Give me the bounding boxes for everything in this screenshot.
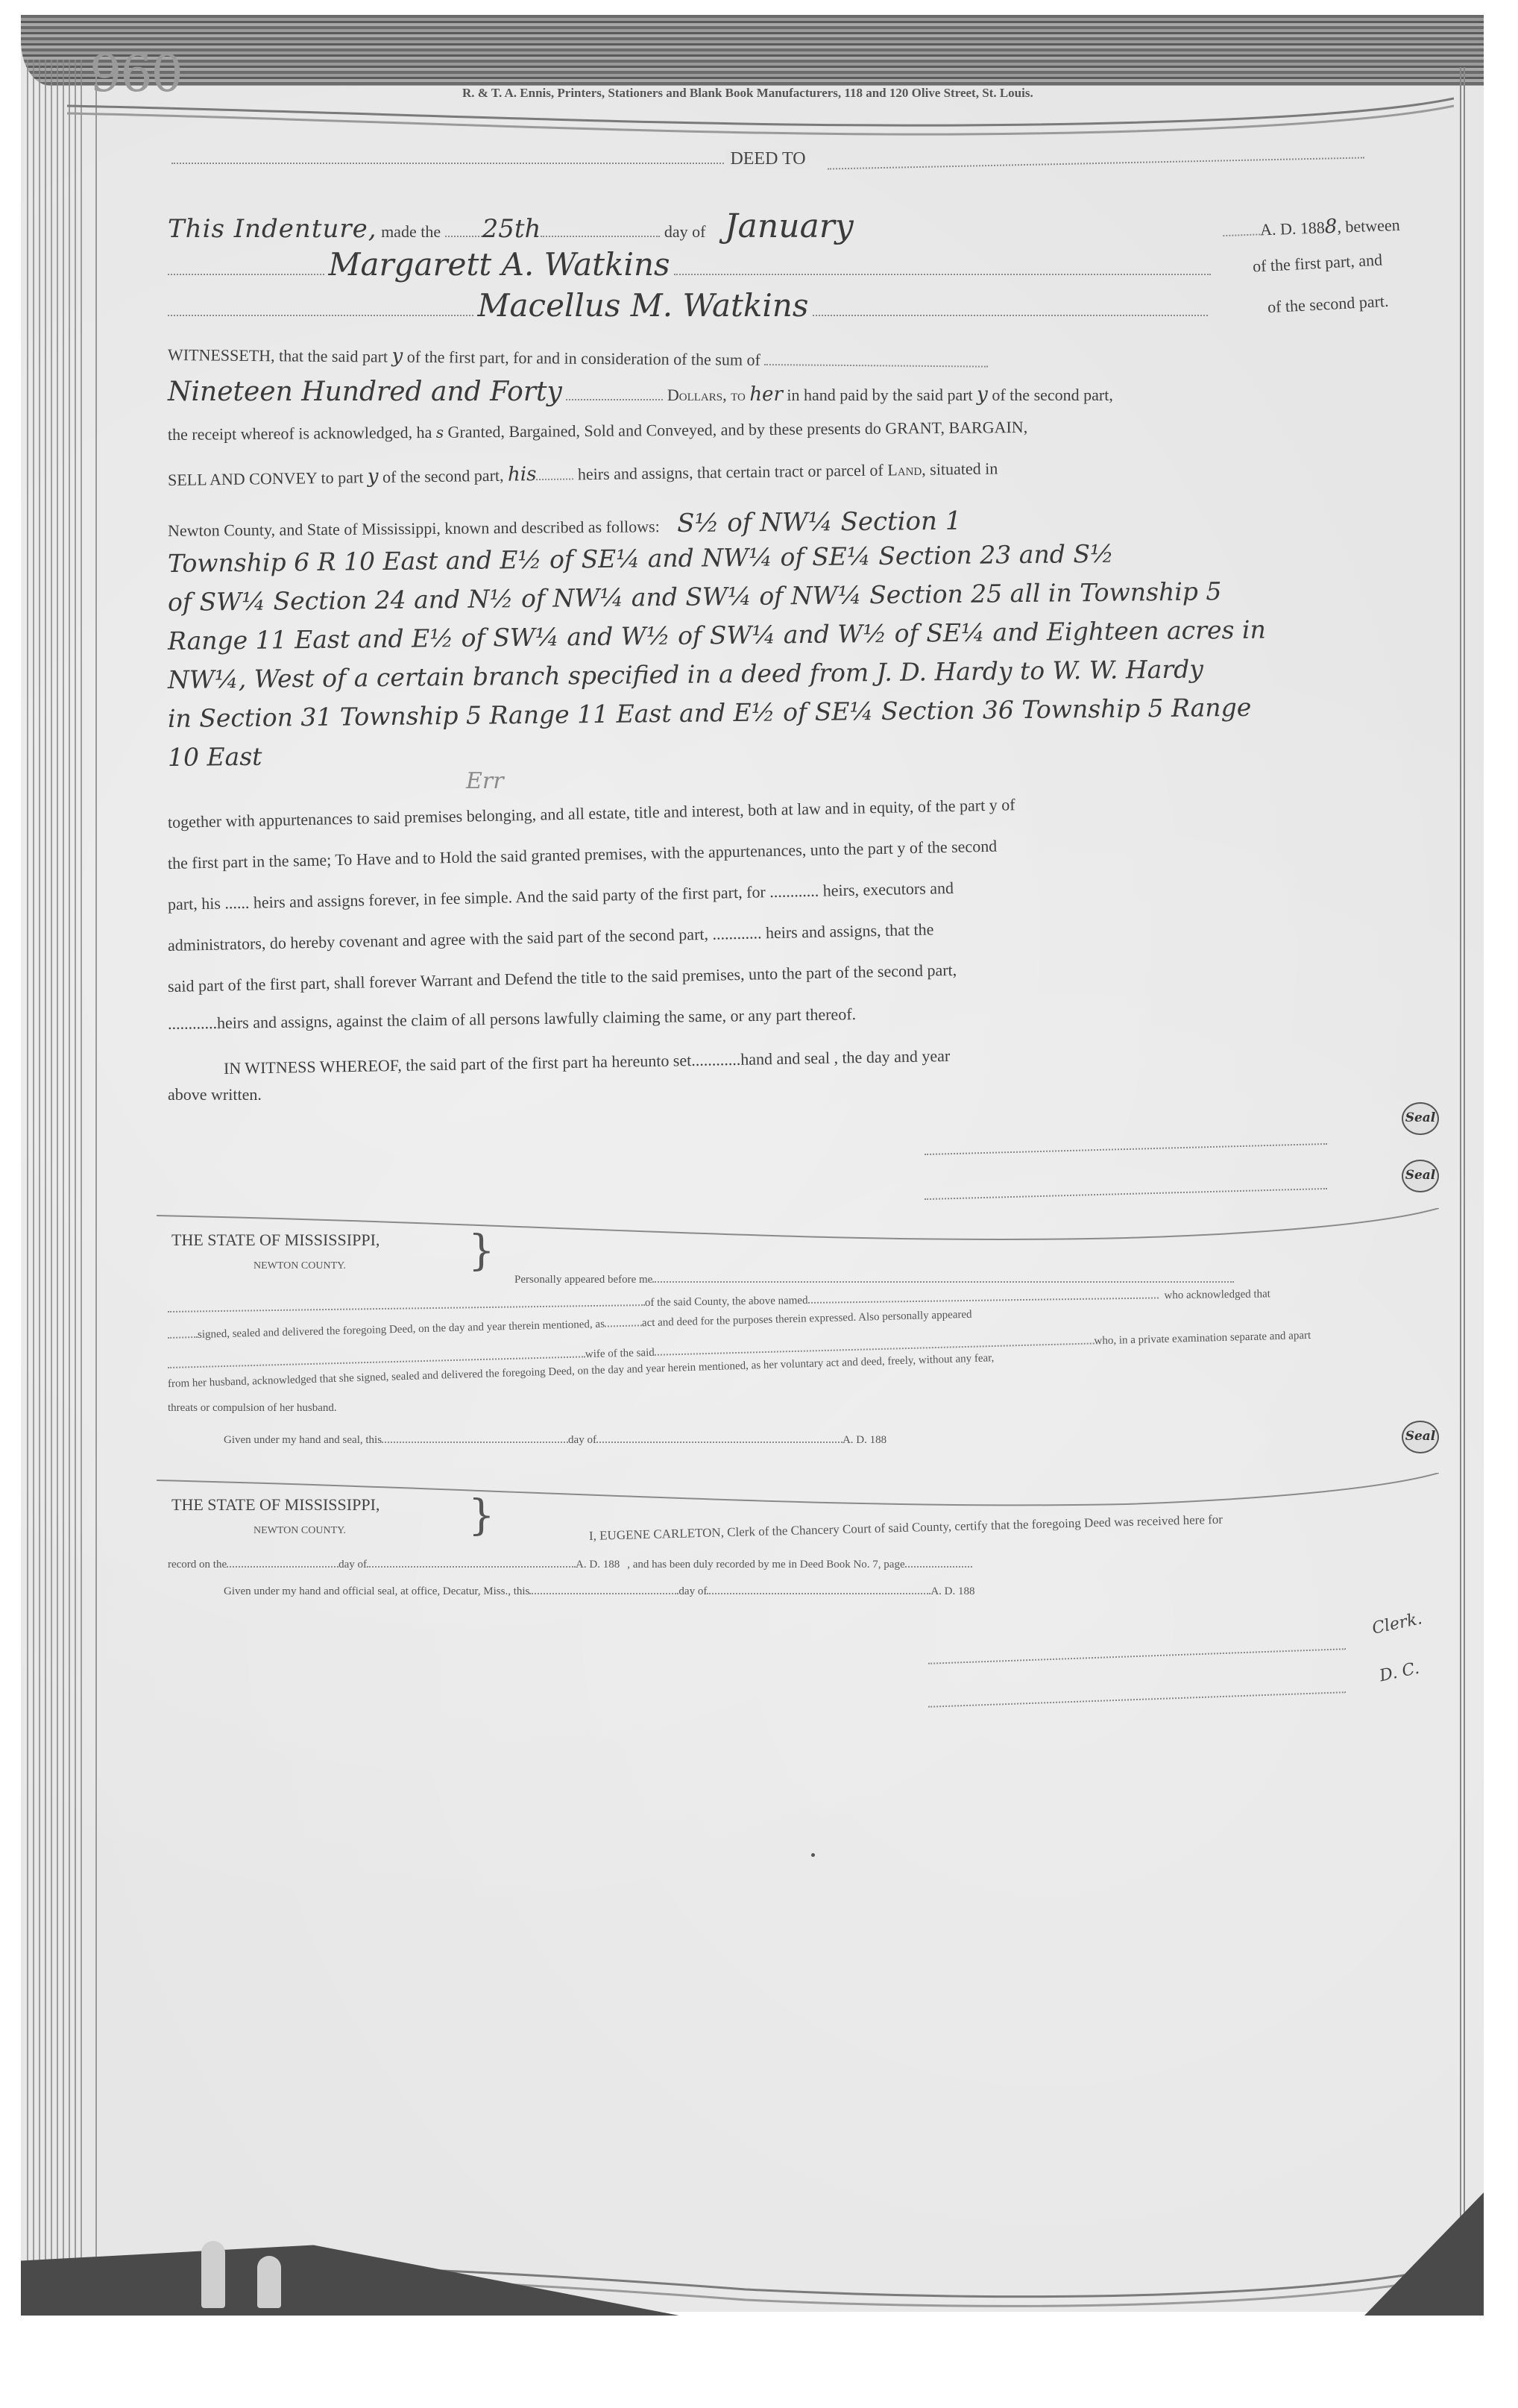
page-number: 960 <box>89 45 182 104</box>
his-value: his <box>508 463 537 486</box>
party-suffix: y <box>391 345 403 368</box>
his-blank <box>536 465 573 480</box>
first-party-name: Margarett A. Watkins <box>329 246 670 283</box>
cert-county: NEWTON COUNTY. <box>253 1525 346 1537</box>
heirs-text: heirs and assigns, that certain tract or… <box>578 461 884 484</box>
brace: } <box>468 1495 495 1537</box>
ack-line: threats or compulsion of her husband. <box>168 1402 337 1415</box>
ack-state: THE STATE OF MISSISSIPPI, <box>171 1230 379 1250</box>
finger-tip <box>257 2256 281 2308</box>
has-suffix: s <box>436 424 444 441</box>
indenture-title: This Indenture, <box>168 214 377 244</box>
party-suffix-2: y <box>977 383 988 406</box>
witnesseth-text: WITNESSETH, that the said part <box>168 345 388 366</box>
deed-to-line-right <box>828 157 1364 169</box>
day-of-label: day of <box>664 222 706 241</box>
deed-heading: DEED TO <box>171 149 1364 169</box>
ad-prefix: A. D. 188 <box>1260 218 1326 239</box>
left-margin-rule <box>95 67 97 2275</box>
first-party-blank-2 <box>674 260 1211 275</box>
granted-text: Granted, Bargained, Sold and Conveyed, a… <box>447 419 881 441</box>
situated-text: situated in <box>930 459 998 478</box>
second-party-line: Macellus M. Watkins <box>168 287 1208 324</box>
sum-value: Nineteen Hundred and Forty <box>168 377 562 407</box>
binding-margin-lines <box>27 60 86 2267</box>
book-page-edges <box>21 15 1484 86</box>
cert-given-line: Given under my hand and official seal, a… <box>224 1579 974 1598</box>
right-margin-rule <box>1460 67 1465 2275</box>
witnesseth-line-2: Nineteen Hundred and Forty Dollars, to h… <box>168 377 1113 407</box>
year-blank <box>1223 220 1261 236</box>
day-value: 25th <box>482 214 541 244</box>
party-suffix-3: y <box>368 465 379 488</box>
second-party-name: Macellus M. Watkins <box>478 287 809 324</box>
sell-convey-text: SELL AND CONVEY <box>168 468 317 489</box>
speck <box>811 1853 815 1857</box>
dollars-label: Dollars, to <box>667 386 746 404</box>
to-part-text: to part <box>321 468 363 487</box>
seal-icon: Seal <box>1402 1160 1439 1192</box>
sum-blank-2 <box>566 386 663 400</box>
seal-icon: Seal <box>1402 1421 1439 1453</box>
ack-county: NEWTON COUNTY. <box>253 1260 346 1272</box>
second-party-blank <box>168 301 473 316</box>
paid-text: in hand paid by the said part <box>787 386 972 404</box>
deed-to-label: DEED TO <box>725 149 810 169</box>
between-label: , between <box>1337 216 1400 236</box>
payee-value: her <box>749 383 783 406</box>
year-digit: 8 <box>1324 216 1338 239</box>
indenture-line: This Indenture, made the 25th day of Jan… <box>168 207 854 245</box>
cert-state: THE STATE OF MISSISSIPPI, <box>171 1495 379 1515</box>
deed-to-line-left <box>171 163 738 164</box>
month-value: January <box>725 207 854 245</box>
day-blank <box>445 222 482 237</box>
first-party-blank <box>168 260 324 275</box>
description-start: S½ of NW¼ Section 1 <box>677 506 962 538</box>
correction-mark: Err <box>466 768 504 794</box>
second-party-blank-2 <box>813 301 1208 316</box>
land-text: Land, <box>887 460 926 480</box>
cert-line: record on theday ofA. D. 188, and has be… <box>168 1553 972 1571</box>
day-blank-2 <box>541 222 660 237</box>
second-part-text-2: of the second part, <box>382 466 504 486</box>
described-text: Newton County, and State of Mississippi,… <box>168 517 660 540</box>
receipt-text: the receipt whereof is acknowledged, ha <box>168 423 432 444</box>
legal-description: Township 6 R 10 East and E½ of SE¼ and N… <box>168 544 1435 777</box>
second-part-text: of the second part, <box>992 386 1113 404</box>
first-party-line: Margarett A. Watkins <box>168 246 1211 283</box>
sum-blank <box>764 350 988 368</box>
seal-icon: Seal <box>1402 1102 1439 1135</box>
witness-clause-end: above written. <box>168 1085 262 1104</box>
brace: } <box>468 1230 495 1272</box>
finger-tip <box>201 2241 225 2308</box>
consideration-text: of the first part, for and in considerat… <box>407 348 760 369</box>
made-the-label: made the <box>381 222 441 241</box>
grant-bargain-text: GRANT, BARGAIN, <box>885 418 1027 438</box>
ack-given-line: Given under my hand and seal, thisday of… <box>224 1428 886 1447</box>
header-rule-curve <box>67 97 1454 142</box>
